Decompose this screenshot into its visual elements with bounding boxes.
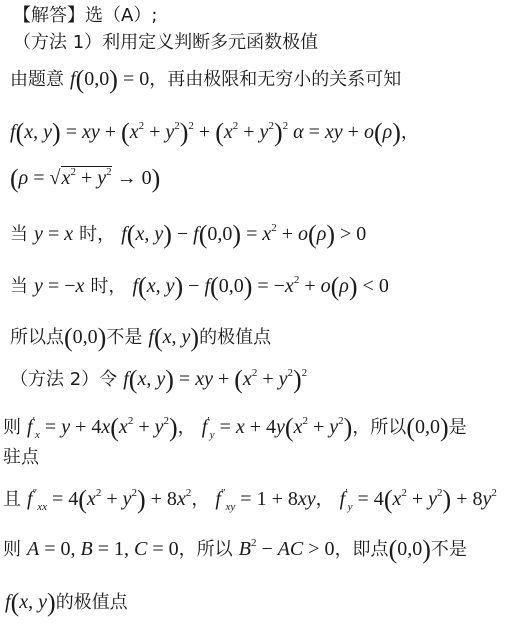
line-first-derivatives: 则 f′x = y + 4x(x2 + y2)， f′y = x + 4y(x2… xyxy=(3,415,467,440)
line-given-condition: 由题意 f(0,0) = 0，再由极限和无穷小的关系可知 xyxy=(10,67,401,92)
line-case-y-eq-neg-x: 当 y = −x 时， f(x, y) − f(0,0) = −x2 + o(ρ… xyxy=(10,274,389,299)
method1-title: （方法 1）利用定义判断多元函数极值 xyxy=(13,31,318,55)
math-rho-def: (ρ = √x2 + y2 → 0) xyxy=(10,166,160,191)
line-final-conclusion: f(x, y)的极值点 xyxy=(5,590,128,615)
line-second-derivatives: 且 f″xx = 4(x2 + y2) + 8x2， f″xy = 1 + 8x… xyxy=(3,487,497,512)
line-discriminant: 则 A = 0, B = 1, C = 0，所以 B2 − AC > 0，即点(… xyxy=(3,537,467,562)
solution-header: 【解答】选（A）; xyxy=(13,4,157,28)
line-conclusion-1: 所以点(0,0)不是 f(x, y)的极值点 xyxy=(10,325,271,350)
math-f00: f(0,0) = 0 xyxy=(70,68,149,90)
method2-title: （方法 2）令 f(x, y) = xy + (x2 + y2)2 xyxy=(10,367,307,392)
math-expansion: f(x, y) = xy + (x2 + y2)2 + (x2 + y2)2 α… xyxy=(10,120,419,145)
line-stationary-point: 驻点 xyxy=(3,446,39,470)
line-case-y-eq-x: 当 y = x 时， f(x, y) − f(0,0) = x2 + o(ρ) … xyxy=(10,222,366,247)
